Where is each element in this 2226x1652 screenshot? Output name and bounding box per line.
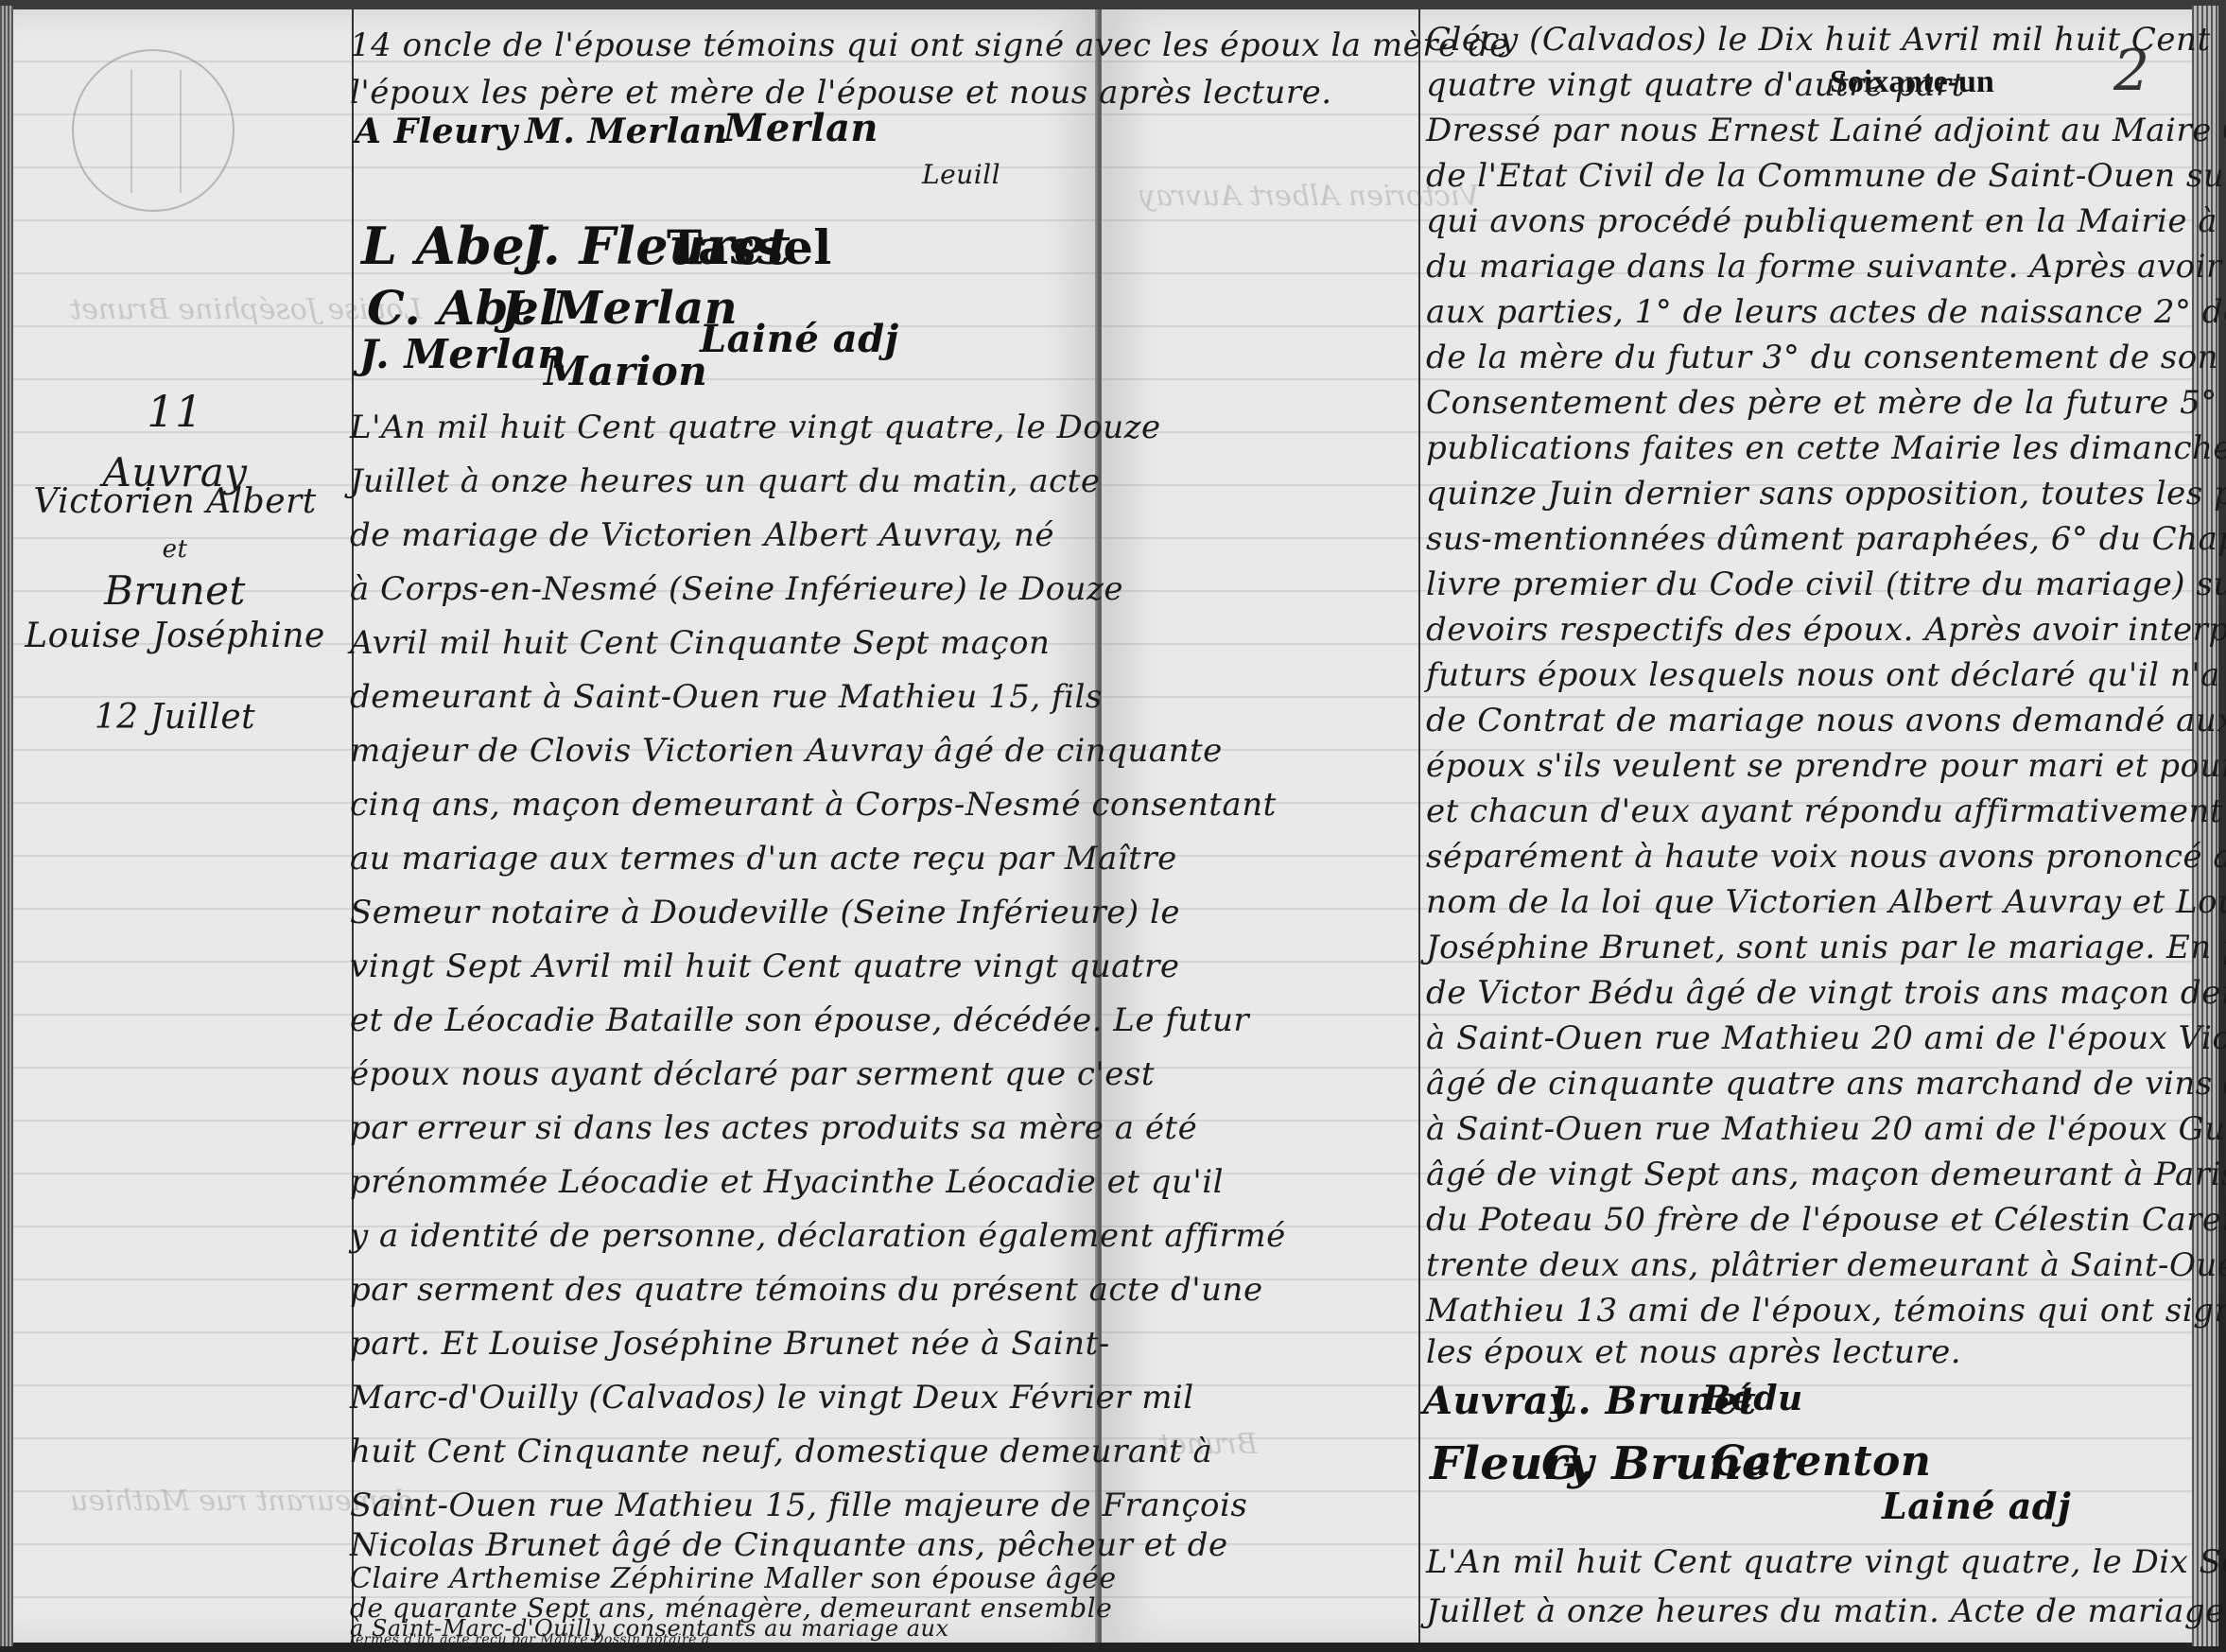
text-line: Marc-d'Ouilly (Calvados) le vingt Deux F… (350, 1379, 1087, 1417)
text-line: et chacun d'eux ayant répondu affirmativ… (1426, 792, 2164, 830)
text-line: âgé de cinquante quatre ans marchand de … (1426, 1065, 2164, 1103)
text-line: qui avons procédé publiquement en la Mai… (1426, 202, 2164, 240)
text-line: quinze Juin dernier sans opposition, tou… (1426, 475, 2164, 513)
text-line: de Victor Bédu âgé de vingt trois ans ma… (1426, 974, 2164, 1012)
text-line: du mariage dans la forme suivante. Après… (1426, 248, 2164, 286)
text-line: livre premier du Code civil (titre du ma… (1426, 565, 2164, 603)
signature: Merlan (723, 106, 878, 150)
text-line: les époux et nous après lecture. (1426, 1333, 2164, 1371)
text-line: par serment des quatre témoins du présen… (350, 1271, 1087, 1309)
official-seal-stamp (72, 49, 235, 212)
text-line: Avril mil huit Cent Cinquante Sept maçon (350, 624, 1087, 662)
text-line: futurs époux lesquels nous ont déclaré q… (1426, 656, 2164, 694)
conjunction: et (19, 535, 331, 564)
text-line: de la mère du futur 3° du consentement d… (1426, 339, 2164, 376)
signature: J. Merlan (359, 331, 566, 377)
signature-groom: Auvray (1423, 1379, 1572, 1423)
signature: M. Merlan (525, 112, 727, 151)
text-line: à Corps-en-Nesmé (Seine Inférieure) le D… (350, 570, 1087, 608)
text-line: au mariage aux termes d'un acte reçu par… (350, 840, 1087, 878)
text-line: et de Léocadie Bataille son épouse, décé… (350, 1001, 1087, 1039)
text-line: y a identité de personne, déclaration ég… (350, 1217, 1087, 1255)
text-line: du Poteau 50 frère de l'épouse et Célest… (1426, 1201, 2164, 1239)
text-line: Juillet à onze heures un quart du matin,… (350, 462, 1087, 500)
text-line: prénommée Léocadie et Hyacinthe Léocadie… (350, 1163, 1087, 1201)
text-line: Joséphine Brunet, sont unis par le maria… (1426, 929, 2164, 966)
text-line: Nicolas Brunet âgé de Cinquante ans, pêc… (350, 1526, 1087, 1564)
text-line: majeur de Clovis Victorien Auvray âgé de… (350, 732, 1087, 770)
text-line: l'époux les père et mère de l'épouse et … (350, 74, 1087, 112)
text-line: aux parties, 1° de leurs actes de naissa… (1426, 293, 2164, 331)
text-line: Mathieu 13 ami de l'époux, témoins qui o… (1426, 1292, 2164, 1330)
signature: Marion (544, 348, 707, 394)
text-line: Juillet à onze heures du matin. Acte de … (1426, 1592, 2164, 1630)
signature: Leuill (922, 159, 1000, 190)
signature-witness: Bédu (1702, 1379, 1803, 1418)
groom-given-names: Victorien Albert (19, 482, 331, 521)
text-line: trente deux ans, plâtrier demeurant à Sa… (1426, 1246, 2164, 1284)
act-date: 12 Juillet (19, 698, 331, 737)
text-line: L'An mil huit Cent quatre vingt quatre, … (350, 409, 1087, 446)
signature: A Fleury (355, 112, 518, 151)
right-margin-rule (1418, 9, 1420, 1643)
left-page-edges (0, 6, 13, 1646)
text-line: Claire Arthemise Zéphirine Maller son ép… (350, 1562, 1087, 1595)
bride-given-names: Louise Joséphine (19, 617, 331, 655)
text-line: de l'Etat Civil de la Commune de Saint-O… (1426, 157, 2164, 195)
text-line: Semeur notaire à Doudeville (Seine Infér… (350, 894, 1087, 931)
text-line: âgé de vingt Sept ans, maçon demeurant à… (1426, 1156, 2164, 1193)
signature: Tassel (667, 219, 832, 275)
text-line: termes d'un acte reçu par Maître Dossin … (350, 1632, 1087, 1647)
text-line: Dressé par nous Ernest Lainé adjoint au … (1426, 112, 2164, 149)
bride-surname: Brunet (19, 567, 331, 614)
text-line: cinq ans, maçon demeurant à Corps-Nesmé … (350, 786, 1087, 824)
text-line: publications faites en cette Mairie les … (1426, 429, 2164, 467)
text-line: de mariage de Victorien Albert Auvray, n… (350, 516, 1087, 554)
text-line: vingt Sept Avril mil huit Cent quatre vi… (350, 948, 1087, 985)
text-line: sus-mentionnées dûment paraphées, 6° du … (1426, 520, 2164, 558)
text-line: Consentement des père et mère de la futu… (1426, 384, 2164, 422)
signature-witness: Carenton (1712, 1437, 1931, 1486)
text-line: part. Et Louise Joséphine Brunet née à S… (350, 1325, 1087, 1363)
text-line: à Saint-Ouen rue Mathieu 20 ami de l'épo… (1426, 1110, 2164, 1148)
text-line: Saint-Ouen rue Mathieu 15, fille majeure… (350, 1487, 1087, 1524)
act-number: 11 (19, 386, 331, 437)
text-line: demeurant à Saint-Ouen rue Mathieu 15, f… (350, 678, 1087, 716)
text-line: devoirs respectifs des époux. Après avoi… (1426, 611, 2164, 649)
text-line: L'An mil huit Cent quatre vingt quatre, … (1426, 1543, 2164, 1581)
officer-signature: Lainé adj (700, 317, 899, 361)
text-line: quatre vingt quatre d'autre part (1426, 66, 2164, 104)
text-line: époux s'ils veulent se prendre pour mari… (1426, 747, 2164, 785)
text-line: par erreur si dans les actes produits sa… (350, 1109, 1087, 1147)
text-line: de Contrat de mariage nous avons demandé… (1426, 702, 2164, 739)
text-line: Clécy (Calvados) le Dix huit Avril mil h… (1426, 21, 2164, 59)
text-line: 14 oncle de l'épouse témoins qui ont sig… (350, 26, 1087, 64)
text-line: nom de la loi que Victorien Albert Auvra… (1426, 883, 2164, 921)
officer-signature: Lainé adj (1882, 1485, 2071, 1527)
text-line: séparément à haute voix nous avons prono… (1426, 838, 2164, 876)
text-line: époux nous ayant déclaré par serment que… (350, 1055, 1087, 1093)
signature: L Abel (361, 216, 545, 276)
text-line: huit Cent Cinquante neuf, domestique dem… (350, 1433, 1087, 1470)
text-line: à Saint-Ouen rue Mathieu 20 ami de l'épo… (1426, 1019, 2164, 1057)
